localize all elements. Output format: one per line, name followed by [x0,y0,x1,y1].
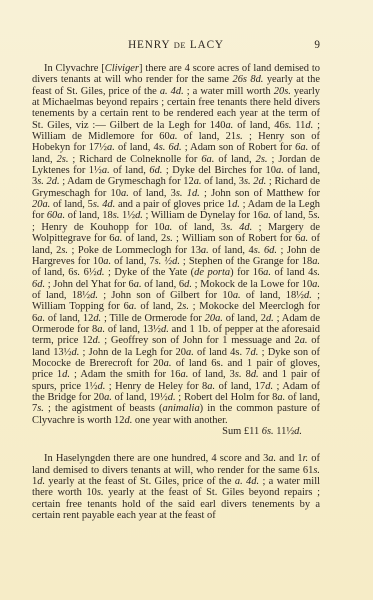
italic-text: a. [201,245,209,256]
text-run: of land, [110,165,150,176]
italic-text: 6a. [201,154,214,165]
italic-text: d. [232,199,240,210]
text-run: of land, 5 [50,199,93,210]
italic-text: d. [304,290,312,301]
book-page: HENRY DE LACY 9 In Clyvachre [Cliviger] … [0,0,373,600]
italic-text: d. [37,476,45,487]
text-run: of land, 2 [137,301,183,312]
text-run: ; Dyke of the Yate ( [105,267,195,278]
text-run: ; Dyke del Birches for 10 [162,165,276,176]
text-run: of land, 21 [178,131,237,142]
text-run: of land, 3 [172,222,226,233]
text-run: ; John del Yhat for 6 [45,279,134,290]
text-run: of land, 5 [271,210,313,221]
italic-text: a. [97,324,105,335]
italic-text: a. [300,335,308,346]
running-head: HENRY DE LACY 9 [32,38,320,52]
text-run: of land, 4 [209,245,254,256]
italic-text: s. 4d. [226,222,252,233]
text-run: ; Adam de Grymeschagh for 12 [60,176,194,187]
italic-text: a. [186,347,194,358]
text-run: ; Robert del Holm for 8 [176,392,278,403]
italic-text: s. 2d. [244,176,266,187]
text-run: ; a water mill worth [184,86,274,97]
text-run: of land, 18 [65,210,113,221]
text-run: ; Stephen of the Grange for 18 [180,256,312,267]
italic-text: s. [182,301,189,312]
text-run: of land, 17 [215,381,265,392]
text-run: In Clyvachre [ [44,63,105,74]
italic-text: a. [263,267,271,278]
text-run: of land, 18½ [32,290,90,301]
italic-text: a. [102,165,110,176]
text-run: one year with another. [132,415,227,426]
text-run: and a pair of gloves price 1 [115,199,232,210]
italic-text: d. [97,267,105,278]
italic-text: 60a. [47,210,65,221]
italic-text: animalia [163,403,200,414]
text-run: ; Poke de Lommeclogh for 13 [68,245,201,256]
italic-text: Cliviger [105,63,139,74]
italic-text: s. [313,465,320,476]
italic-text: a. [233,290,241,301]
text-run: ; John de la Legh for 20 [79,347,186,358]
italic-text: a. 4d. [160,86,184,97]
text-run: 8 [242,369,251,380]
text-run: ; Henry de Heley for 8 [105,381,207,392]
italic-text: a. [263,210,271,221]
italic-text: 20a. [205,313,223,324]
italic-text: s. 2d. [37,176,59,187]
text-run: of land, 46 [233,120,284,131]
italic-text: a. [300,233,308,244]
text-run: ; Richard de Colneknolle for [68,154,201,165]
italic-text: a. [268,453,276,464]
italic-text: a. [37,313,45,324]
text-run: of land, 2 [122,233,166,244]
italic-text: d. [168,392,176,403]
paragraph-gap [32,437,320,453]
italic-text: 6d. [149,165,162,176]
italic-text: 20s. [274,86,291,97]
italic-text: a. [121,188,129,199]
italic-text: s. 6d. [159,142,182,153]
page-number: 9 [314,38,320,52]
italic-text: 20a. [32,199,50,210]
italic-text: a. [276,165,284,176]
italic-text: s. 4d. [93,199,115,210]
italic-text: s. [97,487,104,498]
sum-pence-unit: d. [294,426,302,437]
italic-text: a. [277,392,285,403]
italic-text: s. [166,233,173,244]
text-run: of land, 6 [32,267,73,278]
text-run: of land, 3 [202,176,244,187]
italic-text: a. [312,256,320,267]
text-run: 6½ [80,267,97,278]
italic-text: d. [184,279,192,290]
italic-text: s. [236,131,243,142]
text-run: In Haselyngden there are one hundred, 4 … [44,453,268,464]
italic-text: s. 6d. [254,245,277,256]
text-run: of land, 4 [115,142,159,153]
text-run: 1½ [119,210,135,221]
running-title-henry: HENRY [128,39,174,51]
text-run: ; Tille de Ormerode for [101,313,204,324]
text-run: of land, 6 [142,279,185,290]
text-run: ; the agistment of beasts ( [44,403,163,414]
body-text: In Clyvachre [Cliviger] there are 4 scor… [32,63,320,521]
text-run: of land, 18½ [241,290,304,301]
text-run: of land, 19½ [112,392,168,403]
italic-text: a. [207,381,215,392]
text-run: ; John son of Gilbert for 10 [98,290,233,301]
italic-text: 26s 8d. [232,74,263,85]
text-run: of land 4s. 7 [194,347,251,358]
text-run: of land, 3 [188,369,235,380]
italic-text: a. [170,131,178,142]
text-run: ; Mokock de la Lowe for 10 [192,279,312,290]
text-run: ; Geoffrey son of John for 1 messuage an… [100,335,299,346]
running-title-lacy: LACY [186,39,224,51]
italic-text: a. [134,279,142,290]
italic-text: 6a. [295,142,308,153]
italic-text: de porta [194,267,230,278]
italic-text: d. [90,290,98,301]
paragraph-haselyngden: In Haselyngden there are one hundred, 4 … [32,453,320,521]
italic-text: a. [104,392,112,403]
text-run: ; William de Dynelay for 16 [143,210,263,221]
text-run: of land, 2 [223,313,266,324]
italic-text: s. 1d. [176,188,200,199]
italic-text: d. [305,120,313,131]
text-run: ; John son of Matthew for [200,188,320,199]
italic-text: s. [235,369,242,380]
text-run: 11 [291,120,305,131]
text-run: of land, 12 [45,313,93,324]
running-title: HENRY DE LACY [32,38,320,53]
italic-text: s. ½d. [155,256,180,267]
text-run: of land, [214,154,255,165]
italic-text: s. [313,210,320,221]
italic-text: d. [93,313,101,324]
italic-text: 2s. [256,154,268,165]
italic-text: s. [37,403,44,414]
italic-text: d. [265,381,273,392]
text-run: ; William son of Robert for 6 [173,233,300,244]
italic-text: d. [266,313,274,324]
italic-text: d. [161,324,169,335]
paragraph-clyvachre: In Clyvachre [Cliviger] there are 4 scor… [32,63,320,426]
italic-text: 2s. [57,154,69,165]
text-run: of land, 13½ [105,324,161,335]
text-run: of land, 7 [111,256,154,267]
text-run: ; Adam the smith for 16 [70,369,181,380]
sum-shillings: 6s. [262,426,274,437]
italic-text: a. [129,301,137,312]
italic-text: a. 4d. [235,476,259,487]
sum-line: Sum £11 6s. 11½d. [32,426,320,437]
italic-text: d. [251,369,259,380]
italic-text: d. [62,369,70,380]
sum-pence: 11½ [274,426,295,437]
italic-text: a. [194,176,202,187]
italic-text: a. [103,256,111,267]
text-run: of land 4 [271,267,313,278]
text-run: ; Henry de Kouhopp for 10 [32,222,164,233]
italic-text: a. [107,142,115,153]
text-run: yearly at the feast of St. Giles, price … [45,476,235,487]
sum-label: Sum £11 [222,426,262,437]
italic-text: s. [61,245,68,256]
italic-text: d. [135,210,143,221]
text-run: ; Adam son of Robert for [182,142,296,153]
italic-text: a. [312,279,320,290]
text-run: ) for 16 [230,267,263,278]
text-run: of land, 3 [129,188,176,199]
text-run: and 1 [276,453,303,464]
running-title-de: DE [174,41,186,50]
